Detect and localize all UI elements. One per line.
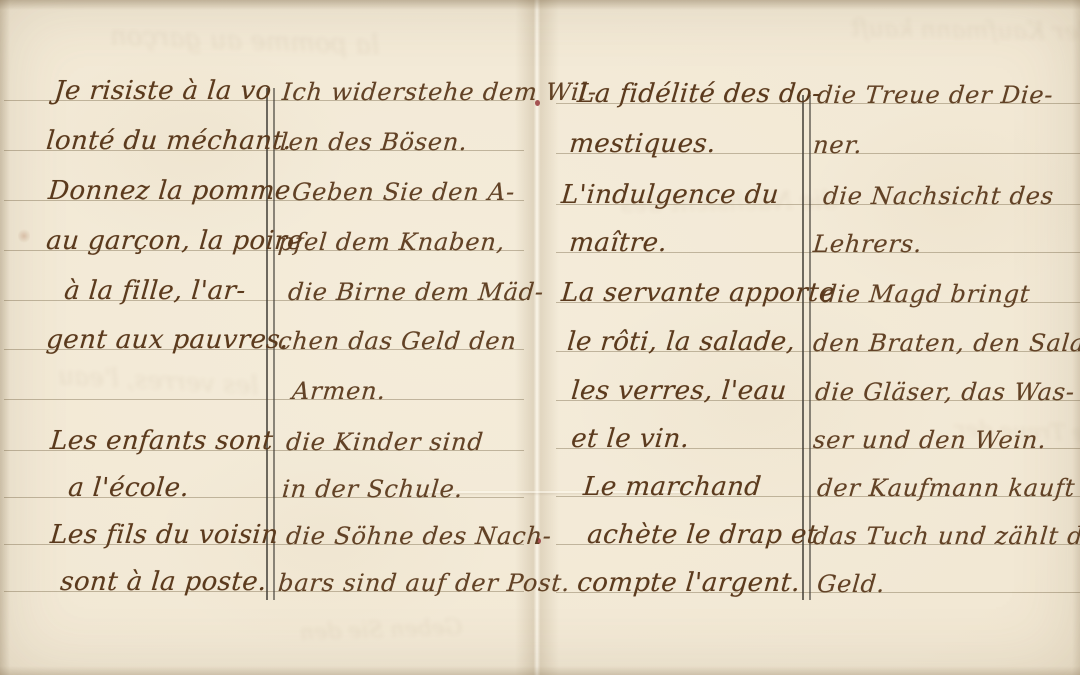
handwritten-line-german: chen das Geld den: [277, 309, 520, 355]
handwritten-line-german: pfel dem Knaben,: [277, 210, 508, 256]
column-divider: [802, 95, 811, 600]
binding-stitch-dot: [536, 538, 541, 544]
ruled-line: [4, 300, 524, 301]
ruled-line: [4, 544, 524, 545]
handwritten-line-german: in der Schule.: [281, 457, 466, 503]
ruled-line: [4, 399, 524, 400]
handwritten-line-french: Les fils du voisin: [49, 504, 281, 550]
handwritten-line-french: le rôti, la salade,: [566, 311, 798, 357]
handwritten-line-french: La fidélité des do-: [576, 63, 824, 109]
handwritten-line-french: à la fille, l'ar-: [63, 260, 248, 306]
ruled-line: [556, 592, 1080, 593]
column-divider: [266, 88, 275, 600]
handwritten-line-german: len des Bösen.: [279, 110, 470, 156]
ruled-line: [4, 250, 524, 251]
paper-stain: [18, 228, 30, 244]
ruled-line: [556, 544, 1080, 545]
page-edge-bottom: [0, 666, 1080, 675]
page-edge-top: [0, 0, 1080, 10]
ruled-line: [556, 496, 1080, 497]
ruled-line: [4, 100, 524, 101]
handwritten-line-german: die Nachsicht des: [822, 164, 1057, 210]
ruled-line: [556, 448, 1080, 449]
handwritten-line-french: les verres, l'eau: [570, 360, 789, 406]
ruled-line: [4, 591, 524, 592]
handwritten-line-german: Geld.: [816, 552, 888, 598]
handwritten-line-french: sont à la poste.: [59, 551, 269, 597]
page-edge-left: [0, 0, 10, 675]
ruled-line: [556, 252, 1080, 253]
manuscript-scan: Je risiste à la volonté du méchant.Donne…: [0, 0, 1080, 675]
page-edge-right: [1072, 0, 1080, 675]
horizontal-crease: [428, 491, 690, 493]
ruled-line: [556, 103, 1080, 104]
handwritten-line-german: das Tuch und zählt das: [812, 504, 1080, 550]
bleed-through-ghost: les verres, l'eau: [57, 361, 259, 400]
bleed-through-ghost: die Treue der: [955, 417, 1080, 447]
handwritten-line-french: a l'école.: [67, 457, 192, 503]
bleed-through-ghost: der Kaufmann kauft: [850, 14, 1080, 46]
handwritten-line-french: lonté du méchant.: [45, 110, 295, 156]
handwritten-line-french: Donnez la pomme: [47, 160, 293, 206]
ruled-line: [4, 349, 524, 350]
ruled-line: [4, 150, 524, 151]
handwritten-line-french: gent aux pauvres.: [45, 309, 291, 355]
ruled-line: [556, 351, 1080, 352]
bleed-through-ghost: la pomme au garçon: [110, 21, 380, 60]
handwritten-line-french: et le vin.: [570, 408, 692, 454]
handwritten-line-german: ner.: [812, 113, 865, 159]
bleed-through-ghost: die Nachsicht des: [620, 186, 838, 218]
handwritten-line-german: Lehrers.: [812, 212, 925, 258]
ruled-line: [4, 450, 524, 451]
handwritten-line-french: mestiques.: [568, 113, 719, 159]
binding-stitch-dot: [535, 100, 540, 106]
ruled-line: [4, 200, 524, 201]
ruled-line: [556, 153, 1080, 154]
handwritten-line-french: au garçon, la poire: [45, 210, 306, 256]
ruled-line: [4, 497, 524, 498]
handwritten-line-french: Je risiste à la vo: [53, 60, 274, 106]
handwritten-line-german: die Gläser, das Was-: [814, 360, 1078, 406]
bleed-through-ghost: Geben Sie den: [300, 615, 463, 646]
handwritten-line-french: La servante apporte: [560, 262, 838, 308]
handwritten-line-german: die Birne dem Mäd-: [287, 260, 547, 306]
handwritten-line-german: die Magd bringt: [820, 262, 1033, 308]
handwritten-line-german: der Kaufmann kauft: [816, 456, 1078, 502]
handwritten-line-french: Le marchand: [582, 456, 764, 502]
handwritten-line-german: Armen.: [291, 359, 389, 405]
handwritten-line-french: Les enfants sont: [49, 410, 276, 456]
ruled-line: [556, 302, 1080, 303]
ruled-line: [556, 400, 1080, 401]
handwritten-line-german: den Braten, den Salat: [812, 311, 1080, 357]
handwritten-line-french: maître.: [568, 212, 670, 258]
handwritten-line-german: die Treue der Die-: [816, 63, 1056, 109]
handwritten-line-german: die Kinder sind: [285, 410, 486, 456]
handwritten-line-german: Geben Sie den A-: [291, 160, 518, 206]
handwritten-line-french: compte l'argent.: [576, 552, 803, 598]
handwritten-line-french: achète le drap et: [586, 504, 820, 550]
